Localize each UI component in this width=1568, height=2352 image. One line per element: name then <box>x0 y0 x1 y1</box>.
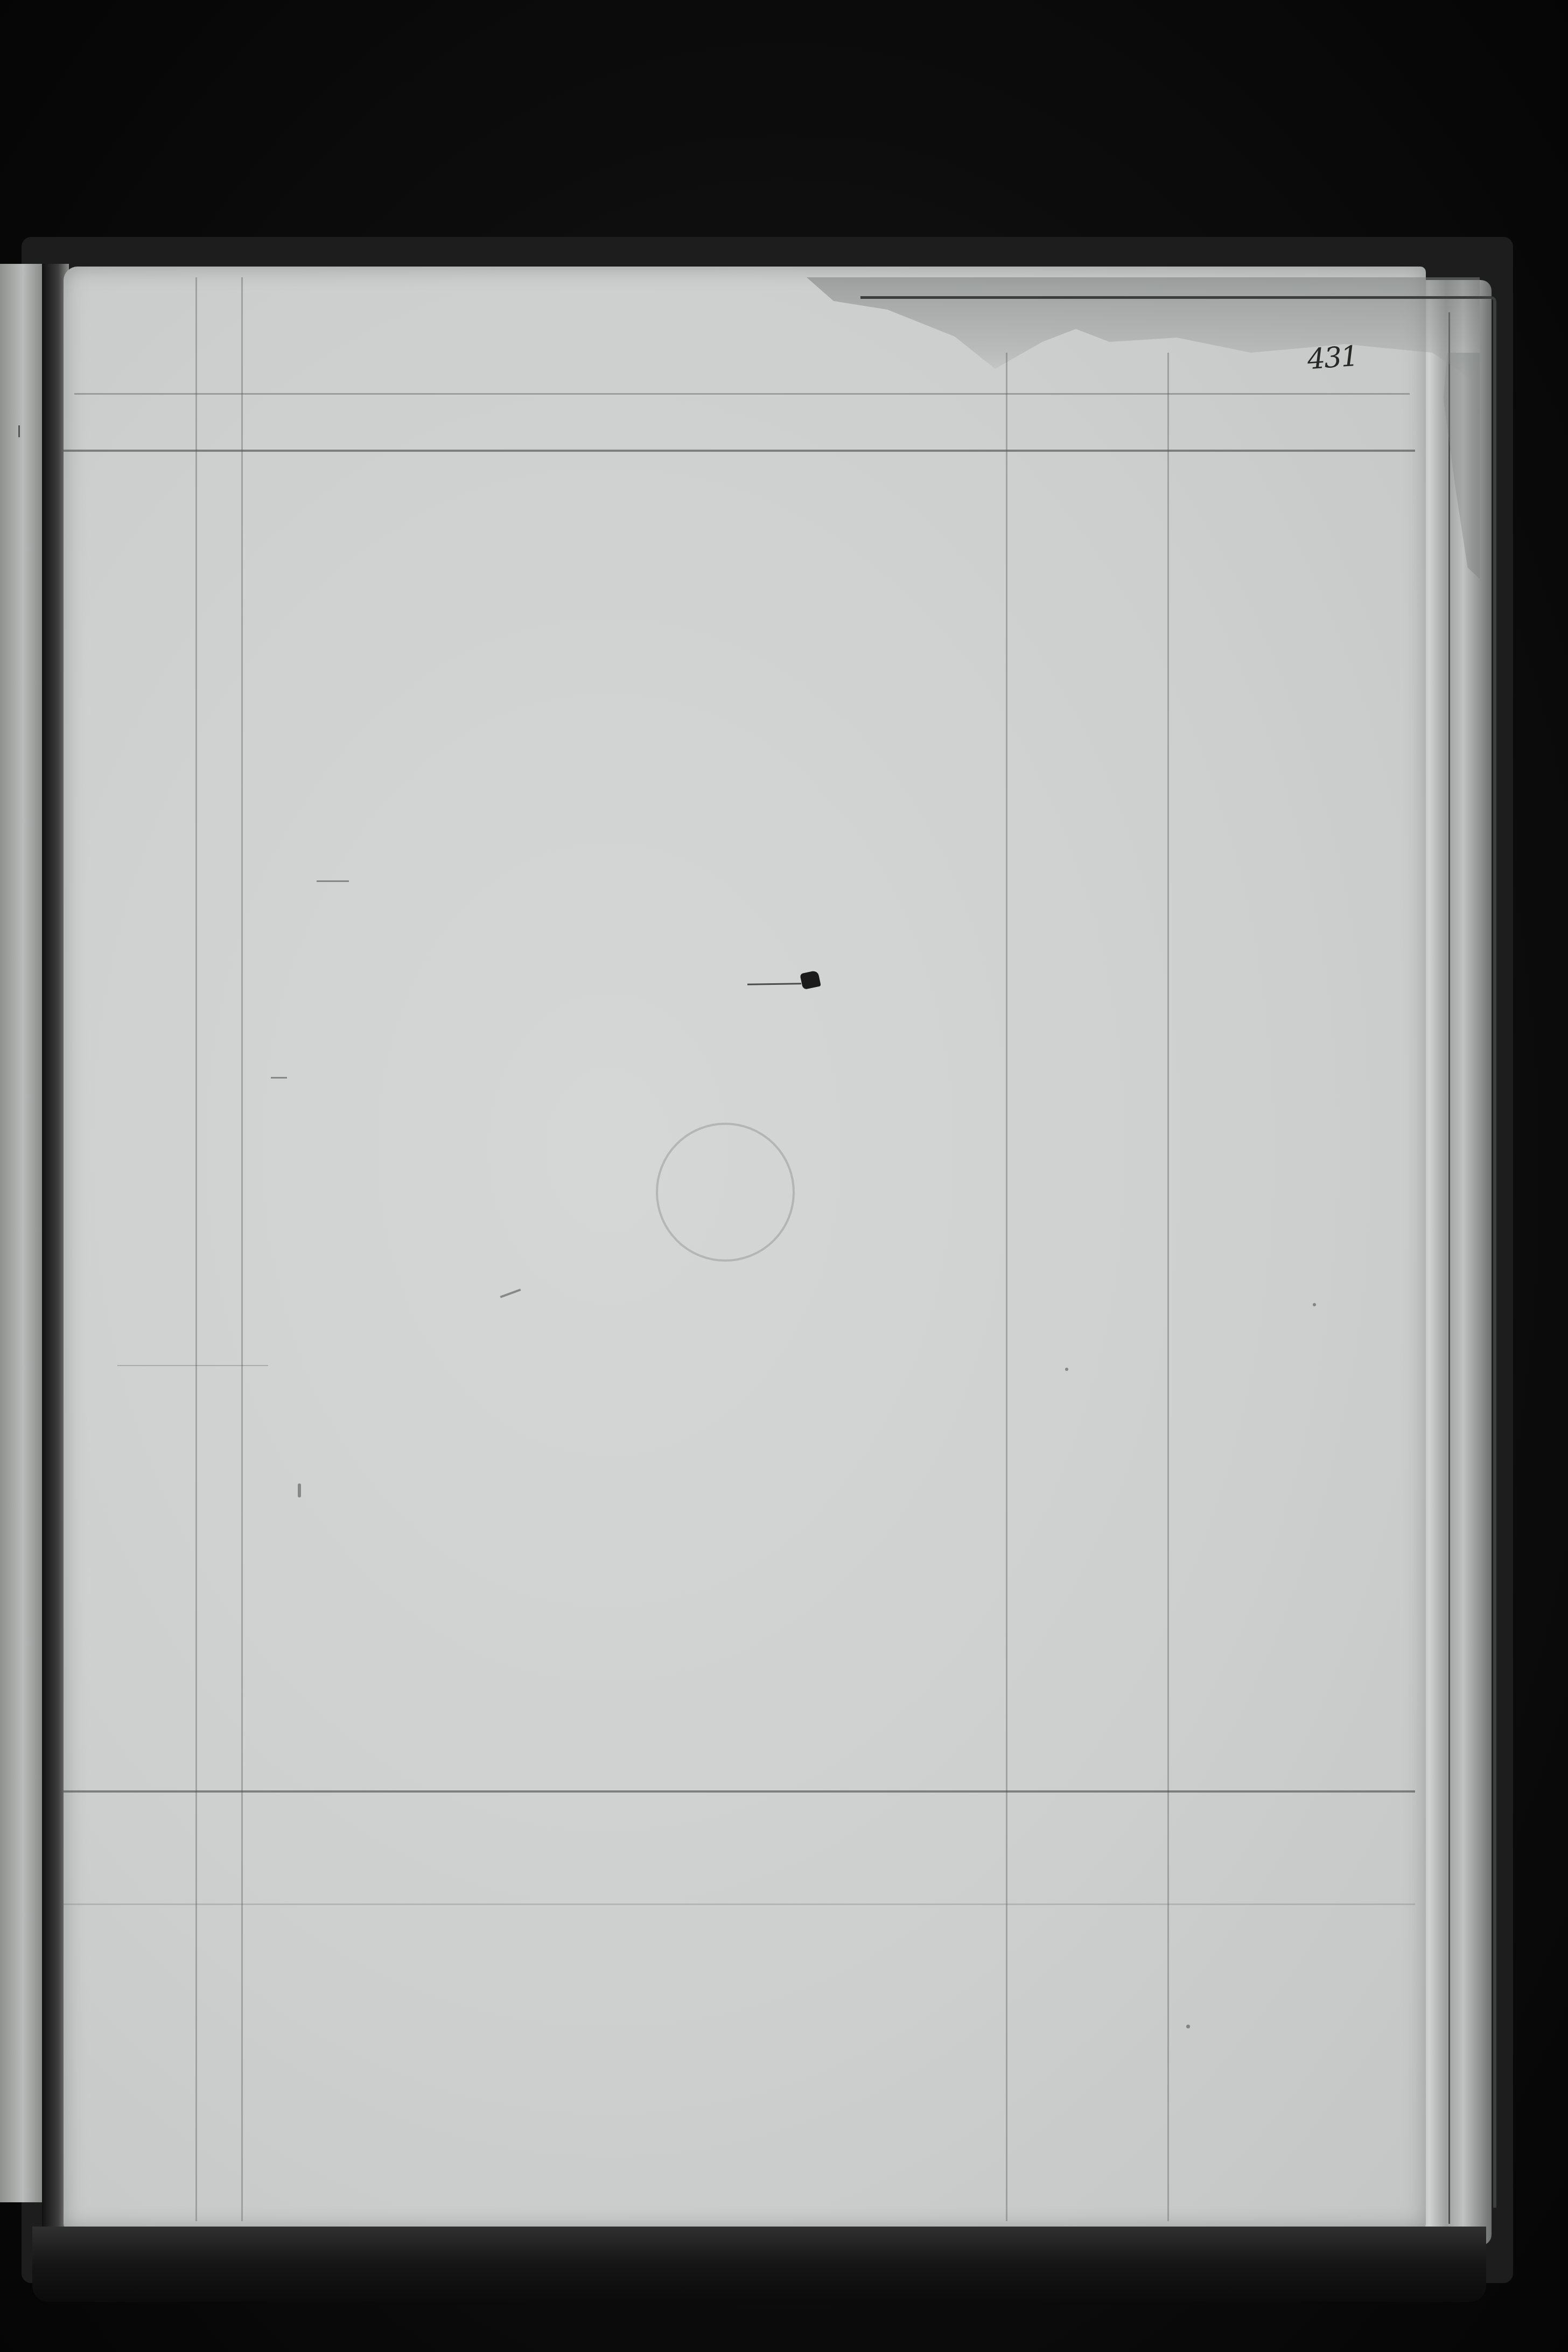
pencil-mark <box>271 1077 287 1079</box>
footer-rule <box>64 1790 1415 1793</box>
facing-page-edge <box>0 264 45 2202</box>
header-rule-bottom <box>64 450 1415 452</box>
ink-stroke <box>747 983 801 985</box>
pencil-mark <box>317 880 349 882</box>
page-number: 431 <box>1306 340 1359 376</box>
column-rule-3 <box>1006 353 1007 2221</box>
pencil-mark <box>298 1483 301 1497</box>
page-border-rule <box>860 296 1496 2208</box>
header-rule-top <box>74 393 1410 395</box>
water-stain <box>807 277 1480 385</box>
footer-rule-faint <box>64 1903 1415 1905</box>
facing-page-mark <box>18 425 20 437</box>
column-rule-4 <box>1167 353 1169 2221</box>
pencil-mark <box>500 1289 521 1298</box>
column-rule-2 <box>241 277 243 2221</box>
faint-circular-stamp <box>656 1123 795 1262</box>
column-rule-1 <box>195 277 197 2221</box>
pencil-mark <box>1065 1368 1068 1371</box>
pencil-mark <box>1186 2025 1190 2028</box>
ledger-page: 431 <box>64 267 1426 2229</box>
pencil-mark <box>117 1365 268 1366</box>
book-bottom-edge <box>32 2227 1486 2302</box>
pencil-mark <box>1313 1303 1316 1306</box>
ink-blot <box>800 970 821 990</box>
